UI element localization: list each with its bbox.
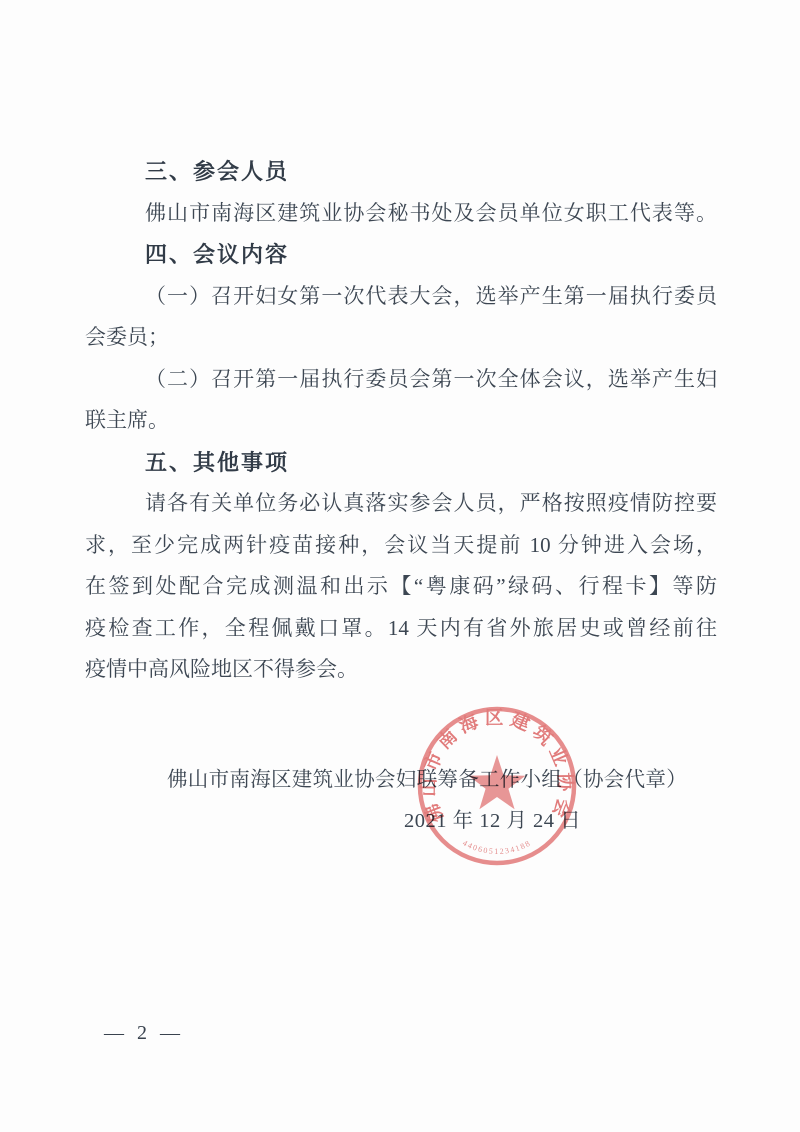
official-seal: 佛山市南海区建筑业协会 4406051234188 xyxy=(413,702,581,870)
text-line: （二）召开第一届执行委员会第一次全体会议，选举产生妇 xyxy=(85,359,717,401)
text-line: 联主席。 xyxy=(85,400,717,442)
text-line: 疫检查工作，全程佩戴口罩。14 天内有省外旅居史或曾经前往 xyxy=(85,608,717,650)
section-heading: 四、会议内容 xyxy=(85,234,717,276)
text-line: 请各有关单位务必认真落实参会人员，严格按照疫情防控要 xyxy=(85,483,717,525)
text-line: 会委员； xyxy=(85,317,717,359)
text-line: 疫情中高风险地区不得参会。 xyxy=(85,649,717,691)
text-line: 在签到处配合完成测温和出示【“粤康码”绿码、行程卡】等防 xyxy=(85,566,717,608)
text-line: （一）召开妇女第一次代表大会，选举产生第一届执行委员 xyxy=(85,276,717,318)
document-lines: 三、参会人员佛山市南海区建筑业协会秘书处及会员单位女职工代表等。四、会议内容（一… xyxy=(85,151,717,691)
page-number: — 2 — xyxy=(104,1022,184,1045)
seal-star-icon xyxy=(469,755,526,809)
document-page: 三、参会人员佛山市南海区建筑业协会秘书处及会员单位女职工代表等。四、会议内容（一… xyxy=(0,0,800,1132)
text-line: 求，至少完成两针疫苗接种，会议当天提前 10 分钟进入会场， xyxy=(85,525,717,567)
section-heading: 五、其他事项 xyxy=(85,442,717,484)
section-heading: 三、参会人员 xyxy=(85,151,717,193)
seal-serial-number: 4406051234188 xyxy=(461,838,533,856)
text-line: 佛山市南海区建筑业协会秘书处及会员单位女职工代表等。 xyxy=(85,193,717,235)
